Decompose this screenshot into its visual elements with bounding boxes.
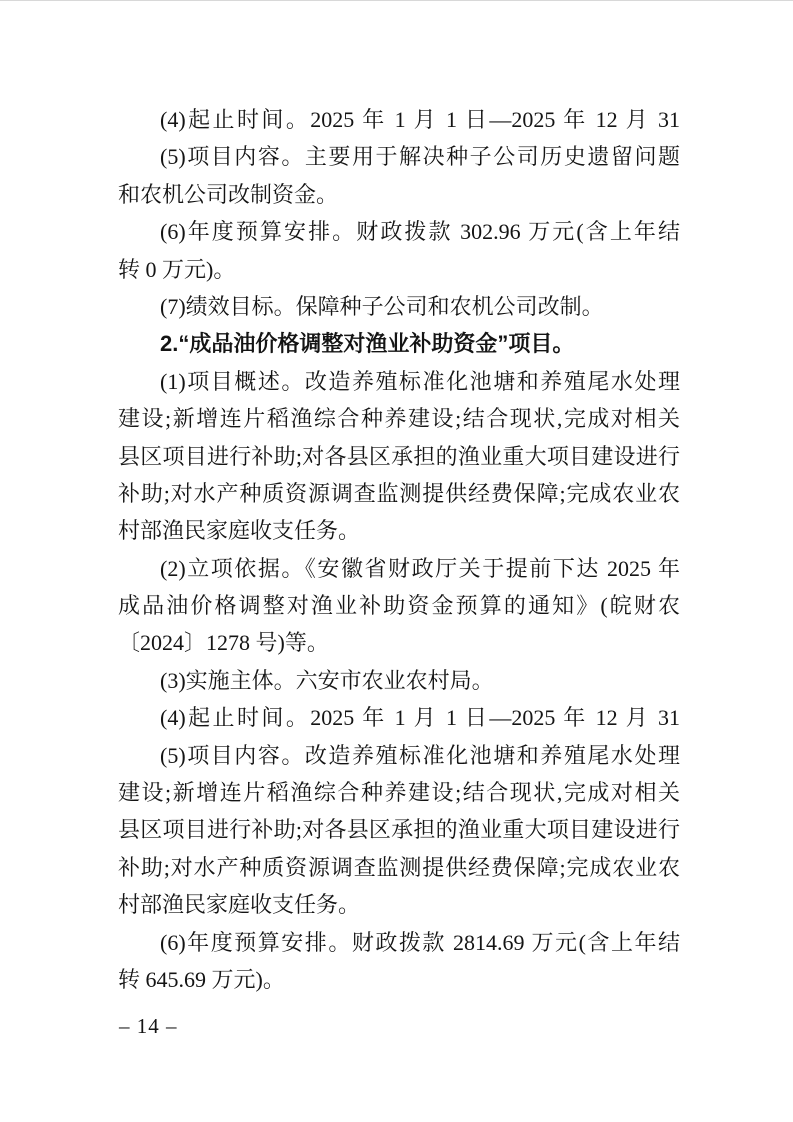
text-line: (4)起止时间。2025 年 1 月 1 日—2025 年 12 月 31 日。 — [118, 699, 680, 736]
paragraph: (1)项目概述。改造养殖标准化池塘和养殖尾水处理建设;新增连片稻渔综合种养建设;… — [118, 363, 680, 550]
text-line: 成品油价格调整对渔业补助资金预算的通知》(皖财农 — [118, 587, 680, 624]
paragraph: (2)立项依据。《安徽省财政厅关于提前下达 2025 年成品油价格调整对渔业补助… — [118, 550, 680, 662]
document-page: (4)起止时间。2025 年 1 月 1 日—2025 年 12 月 31 日。… — [0, 0, 793, 1122]
text-line: 〔2024〕1278 号)等。 — [118, 624, 680, 661]
paragraph: (5)项目内容。主要用于解决种子公司历史遗留问题和农机公司改制资金。 — [118, 138, 680, 213]
text-line: (4)起止时间。2025 年 1 月 1 日—2025 年 12 月 31 日。 — [118, 101, 680, 138]
text-line: (6)年度预算安排。财政拨款 2814.69 万元(含上年结 — [118, 924, 680, 961]
text-line: 县区项目进行补助;对各县区承担的渔业重大项目建设进行 — [118, 811, 680, 848]
text-line: (5)项目内容。改造养殖标准化池塘和养殖尾水处理 — [118, 737, 680, 774]
text-line: 2.“成品油价格调整对渔业补助资金”项目。 — [118, 325, 680, 362]
text-line: 村部渔民家庭收支任务。 — [118, 512, 680, 549]
paragraph: (6)年度预算安排。财政拨款 302.96 万元(含上年结转 0 万元)。 — [118, 213, 680, 288]
paragraph: (6)年度预算安排。财政拨款 2814.69 万元(含上年结转 645.69 万… — [118, 924, 680, 999]
page-top-edge — [0, 0, 793, 1]
text-line: 补助;对水产种质资源调查监测提供经费保障;完成农业农 — [118, 849, 680, 886]
text-line: 和农机公司改制资金。 — [118, 176, 680, 213]
document-body: (4)起止时间。2025 年 1 月 1 日—2025 年 12 月 31 日。… — [118, 101, 680, 998]
text-line: (6)年度预算安排。财政拨款 302.96 万元(含上年结 — [118, 213, 680, 250]
text-line: 转 0 万元)。 — [118, 251, 680, 288]
paragraph: (3)实施主体。六安市农业农村局。 — [118, 662, 680, 699]
page-number: – 14 – — [119, 1012, 178, 1040]
paragraph: (4)起止时间。2025 年 1 月 1 日—2025 年 12 月 31 日。 — [118, 101, 680, 138]
text-line: (2)立项依据。《安徽省财政厅关于提前下达 2025 年 — [118, 550, 680, 587]
text-line: 建设;新增连片稻渔综合种养建设;结合现状,完成对相关 — [118, 774, 680, 811]
paragraph: (5)项目内容。改造养殖标准化池塘和养殖尾水处理建设;新增连片稻渔综合种养建设;… — [118, 737, 680, 924]
text-line: (1)项目概述。改造养殖标准化池塘和养殖尾水处理 — [118, 363, 680, 400]
paragraph: (7)绩效目标。保障种子公司和农机公司改制。 — [118, 288, 680, 325]
text-line: 建设;新增连片稻渔综合种养建设;结合现状,完成对相关 — [118, 400, 680, 437]
paragraph: (4)起止时间。2025 年 1 月 1 日—2025 年 12 月 31 日。 — [118, 699, 680, 736]
text-line: (7)绩效目标。保障种子公司和农机公司改制。 — [118, 288, 680, 325]
text-line: 补助;对水产种质资源调查监测提供经费保障;完成农业农 — [118, 475, 680, 512]
text-line: 县区项目进行补助;对各县区承担的渔业重大项目建设进行 — [118, 438, 680, 475]
text-line: (5)项目内容。主要用于解决种子公司历史遗留问题 — [118, 138, 680, 175]
text-line: 村部渔民家庭收支任务。 — [118, 886, 680, 923]
text-line: (3)实施主体。六安市农业农村局。 — [118, 662, 680, 699]
section-heading: 2.“成品油价格调整对渔业补助资金”项目。 — [118, 325, 680, 362]
text-line: 转 645.69 万元)。 — [118, 961, 680, 998]
